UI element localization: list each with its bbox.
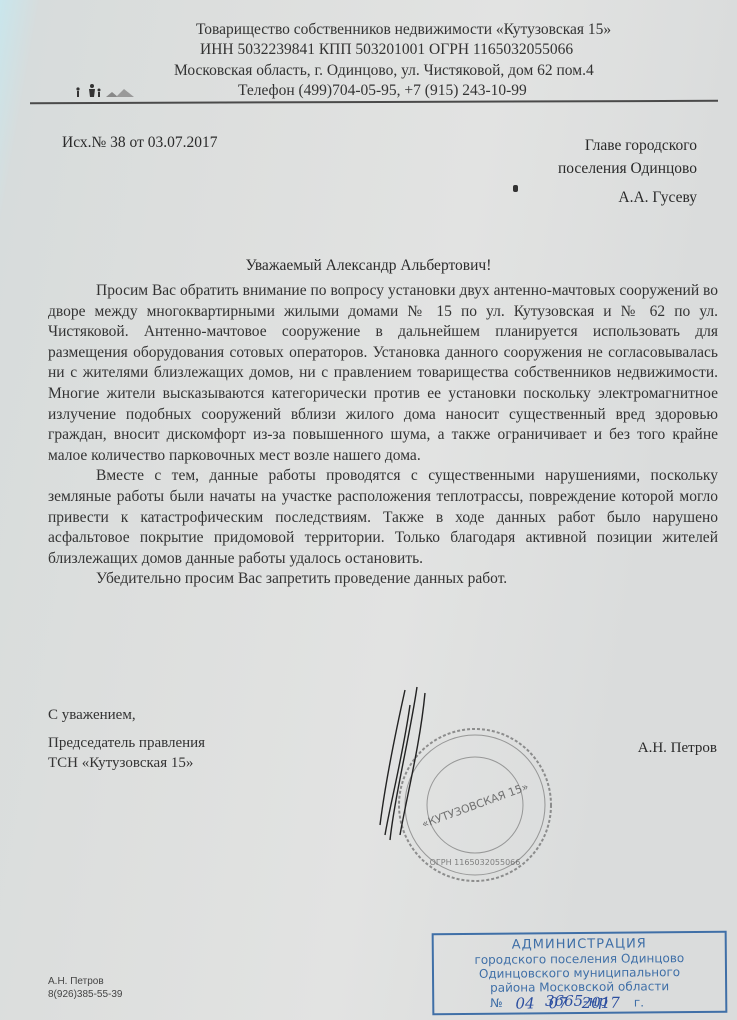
received-day: 04 [515, 996, 534, 1010]
letterhead-org-name: Товарищество собственников недвижимости … [196, 19, 737, 41]
received-stamp-line1: городского поселения Одинцово [434, 951, 725, 968]
salutation: Уважаемый Александр Альбертович! [0, 257, 737, 275]
addressee-line1: Главе городского [558, 134, 697, 157]
letter-body: Просим Вас обратить внимание по вопросу … [48, 281, 718, 590]
paragraph-3: Убедительно просим Вас запретить проведе… [48, 569, 718, 590]
letterhead-phone: Телефон (499)704-05-95, +7 (915) 243-10-… [238, 80, 737, 102]
closing-block: С уважением, Председатель правления ТСН … [48, 705, 205, 773]
letterhead-address: Московская область, г. Одинцово, ул. Чис… [174, 60, 734, 82]
received-year-suffix: г. [634, 995, 644, 1009]
received-number: 3665-нр [545, 992, 608, 1010]
closing-title-line1: Председатель правления [48, 733, 205, 753]
letterhead-requisites: ИНН 5032239841 КПП 503201001 ОГРН 116503… [200, 39, 737, 61]
letterhead-divider [30, 100, 718, 104]
addressee-block: Главе городского поселения Одинцово А.А.… [558, 134, 697, 209]
addressee-name: А.А. Гусеву [558, 186, 697, 209]
svg-text:ОГРН 1165032055066: ОГРН 1165032055066 [430, 858, 521, 867]
addressee-line2: поселения Одинцово [558, 157, 697, 180]
outgoing-reference: Исх.№ 38 от 03.07.2017 [62, 134, 217, 152]
ink-speck [513, 185, 518, 192]
signer-name: А.Н. Петров [638, 740, 717, 757]
received-number-label: № [490, 996, 502, 1010]
closing-title-line2: ТСН «Кутузовская 15» [48, 753, 205, 773]
paragraph-1: Просим Вас обратить внимание по вопросу … [48, 281, 718, 466]
footer-contact: А.Н. Петров 8(926)385-55-39 [48, 975, 123, 1001]
footer-name: А.Н. Петров [48, 975, 123, 988]
family-house-logo-icon [72, 80, 142, 100]
handwritten-signature [375, 685, 445, 845]
footer-phone: 8(926)385-55-39 [48, 988, 123, 1001]
closing-regards: С уважением, [48, 705, 205, 725]
paragraph-2: Вместе с тем, данные работы проводятся с… [48, 466, 718, 569]
